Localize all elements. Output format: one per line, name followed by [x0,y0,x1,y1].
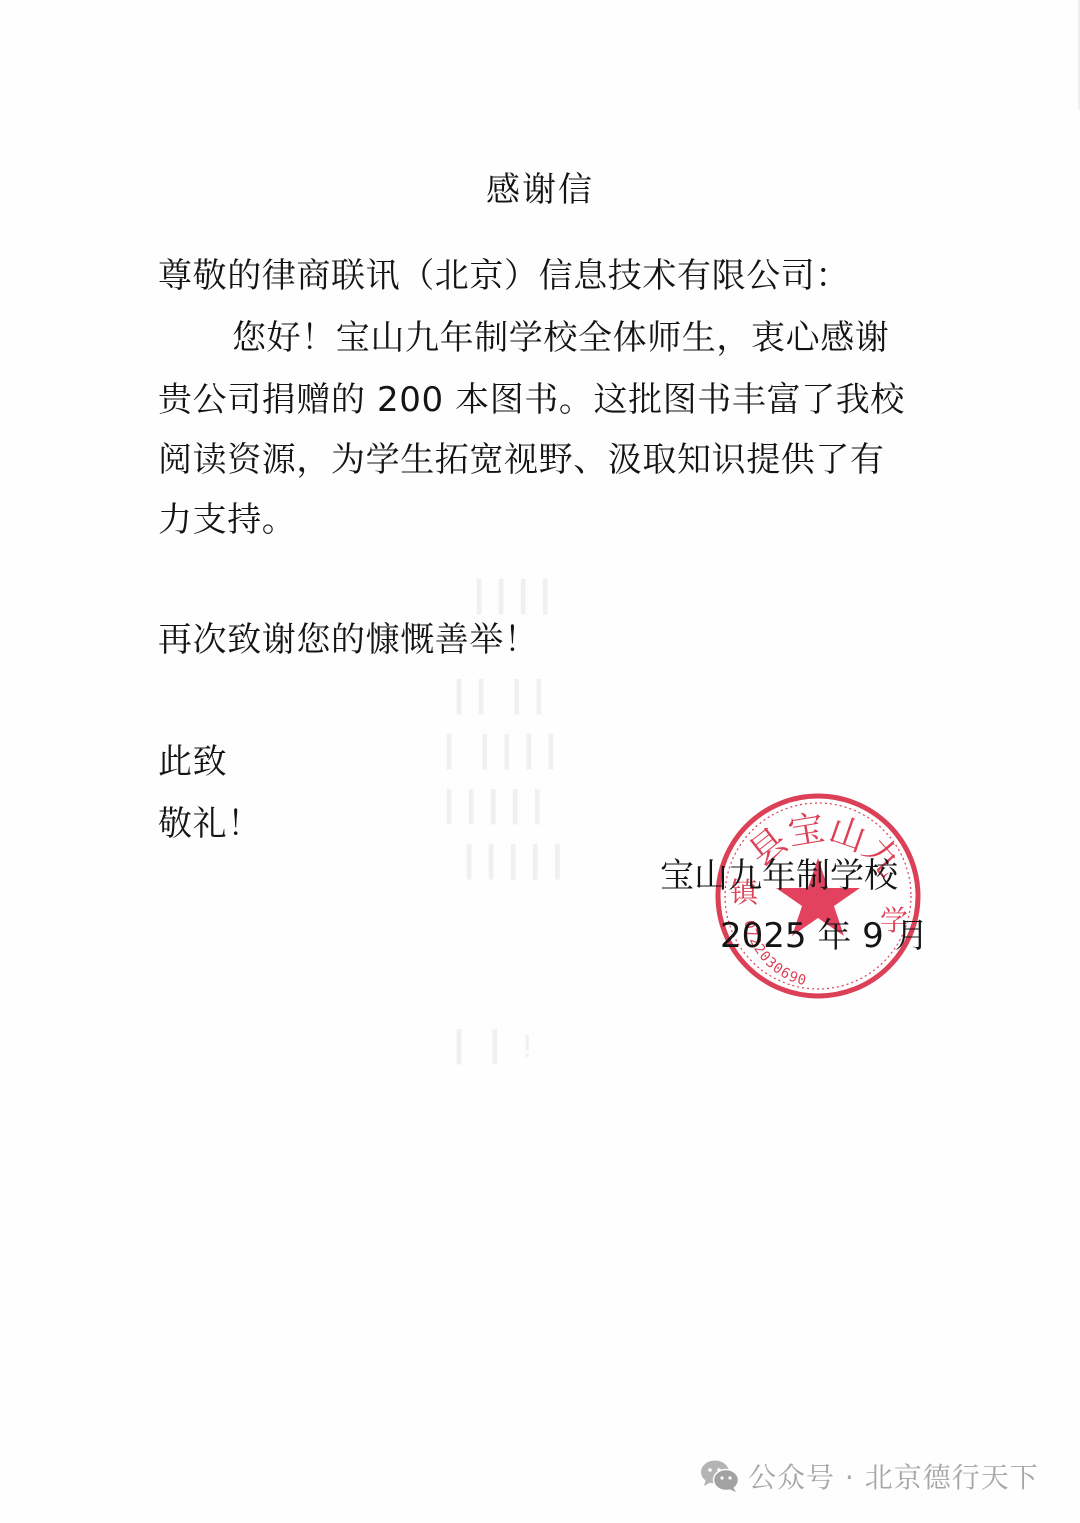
bleed-through-text: ┃┃┃┃┃ [460,845,570,880]
signature-date: 2025 年 9 月 [720,914,929,958]
closing-jing-li: 敬礼！ [158,802,262,846]
bleed-through-text: ┃┃┃┃┃ [440,790,550,825]
letter-title: 感谢信 [0,168,1080,212]
closing-thanks: 再次致谢您的慷慨善举！ [158,618,539,662]
body-line: 阅读资源，为学生拓宽视野、汲取知识提供了有 [158,438,885,482]
body-line: 贵公司捐赠的 200 本图书。这批图书丰富了我校 [158,378,905,422]
scanned-letter-page: ┃┃┃┃ ┃┃ ┃┃ ┃ ┃┃┃┃ ┃┃┃┃┃ ┃┃┃┃┃ ┃ ┃ ! 感谢信 … [0,0,1080,1523]
wechat-official-account-watermark: 公众号 · 北京德行天下 [700,1456,1039,1496]
salutation: 尊敬的律商联讯（北京）信息技术有限公司： [158,254,850,298]
bleed-through-text: ┃┃ ┃┃ [450,680,552,715]
body-line: 力支持。 [158,498,296,542]
watermark-text: 公众号 · 北京德行天下 [748,1456,1039,1496]
bleed-through-text: ┃┃┃┃ [470,580,558,615]
closing-ci-zhi: 此致 [158,740,227,784]
bleed-through-text: ┃ ┃ ! [450,1030,537,1065]
bleed-through-text: ┃ ┃┃┃┃ [440,735,564,770]
signature-organization: 宝山九年制学校 [660,854,898,898]
wechat-icon [700,1459,740,1493]
body-line: 您好！宝山九年制学校全体师生，衷心感谢 [232,316,889,360]
